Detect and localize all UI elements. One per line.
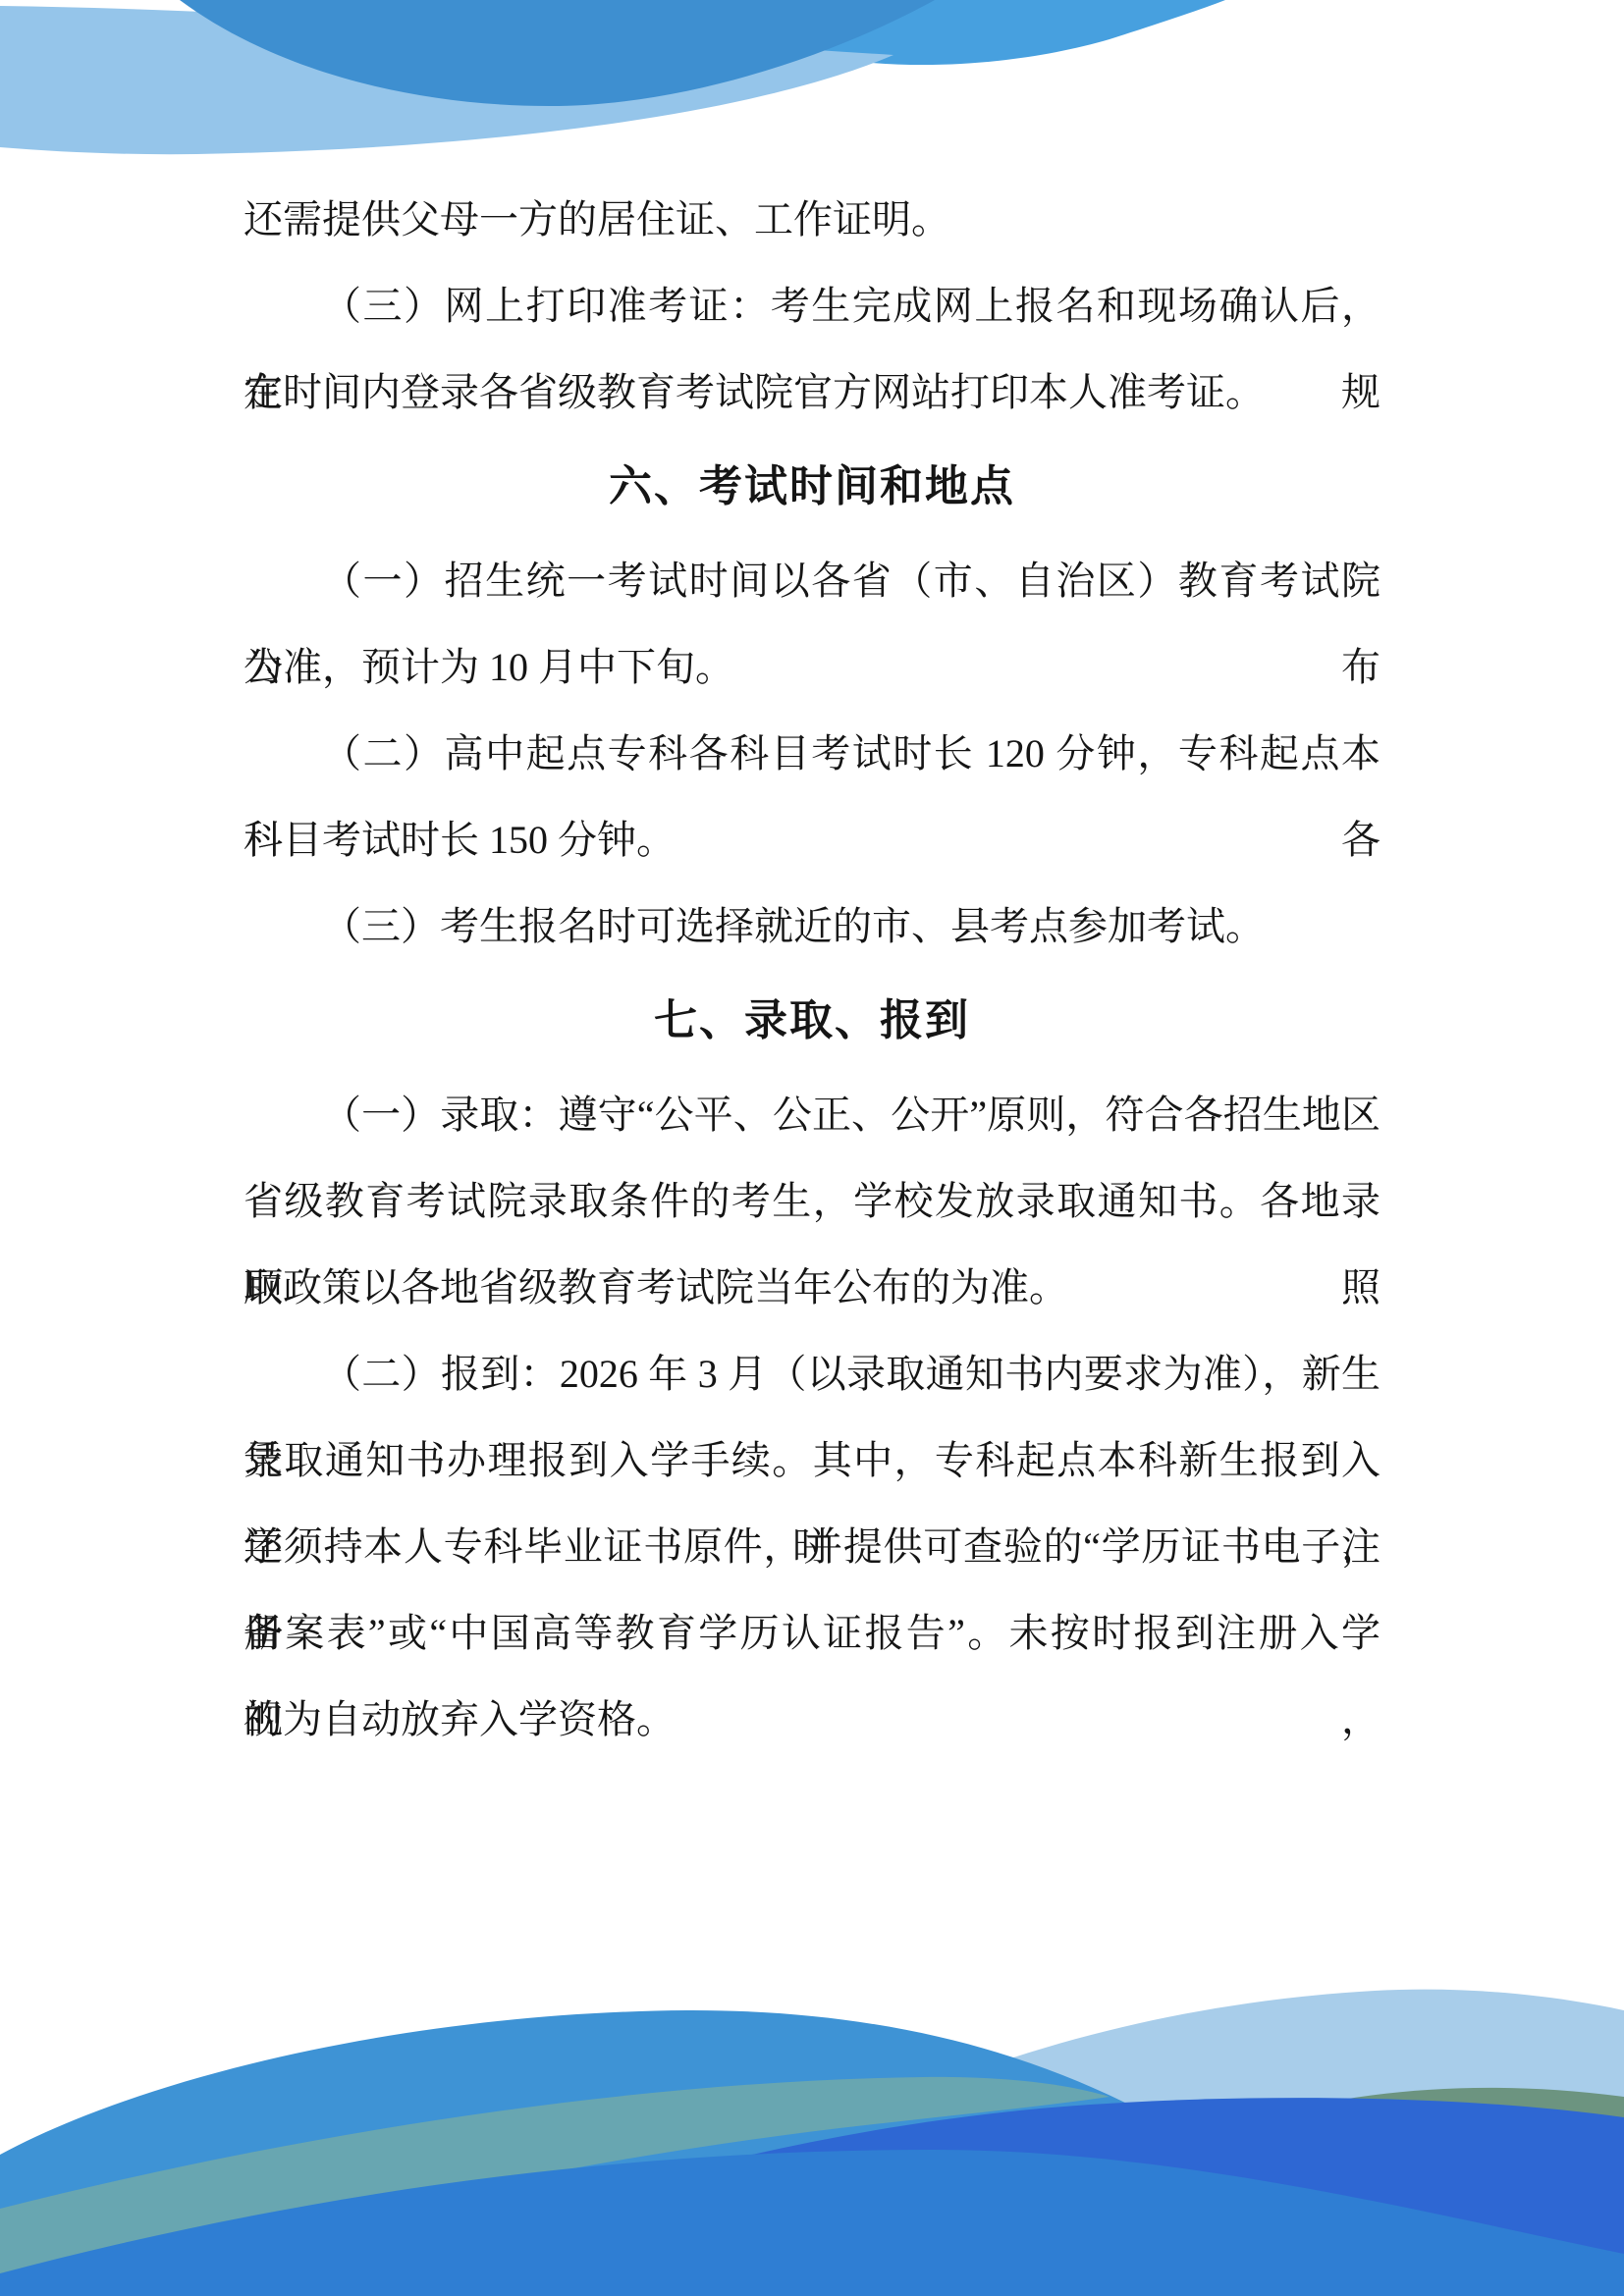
text-line: （三）网上打印准考证：考生完成网上报名和现场确认后，在规 (244, 263, 1380, 349)
text-line: 还需提供父母一方的居住证、工作证明。 (244, 177, 1380, 263)
text-line: （三）考生报名时可选择就近的市、县考点参加考试。 (244, 883, 1380, 970)
text-line: （二）高中起点专科各科目考试时长 120 分钟，专科起点本科各 (244, 711, 1380, 797)
text-line: 备案表”或“中国高等教育学历认证报告”。未按时报到注册入学的， (244, 1590, 1380, 1677)
text-line: 定时间内登录各省级教育考试院官方网站打印本人准考证。 (244, 349, 1380, 436)
section-heading: 六、考试时间和地点 (244, 436, 1380, 538)
top-wave-decoration (0, 0, 1624, 167)
section-heading: 七、录取、报到 (244, 970, 1380, 1072)
document-page: 还需提供父母一方的居住证、工作证明。（三）网上打印准考证：考生完成网上报名和现场… (0, 0, 1624, 2296)
text-line: （二）报到：2026 年 3 月（以录取通知书内要求为准），新生凭 (244, 1331, 1380, 1417)
text-line: （一）招生统一考试时间以各省（市、自治区）教育考试院公布 (244, 538, 1380, 624)
document-body: 还需提供父母一方的居住证、工作证明。（三）网上打印准考证：考生完成网上报名和现场… (244, 177, 1380, 1763)
text-line: 省级教育考试院录取条件的考生，学校发放录取通知书。各地录取照 (244, 1158, 1380, 1245)
bottom-wave-decoration (0, 1957, 1624, 2296)
text-line: 录取通知书办理报到入学手续。其中，专科起点本科新生报到入学时， (244, 1417, 1380, 1504)
text-line: （一）录取：遵守“公平、公正、公开”原则，符合各招生地区 (244, 1072, 1380, 1158)
text-line: 还须持本人专科毕业证书原件，并提供可查验的“学历证书电子注册 (244, 1504, 1380, 1590)
